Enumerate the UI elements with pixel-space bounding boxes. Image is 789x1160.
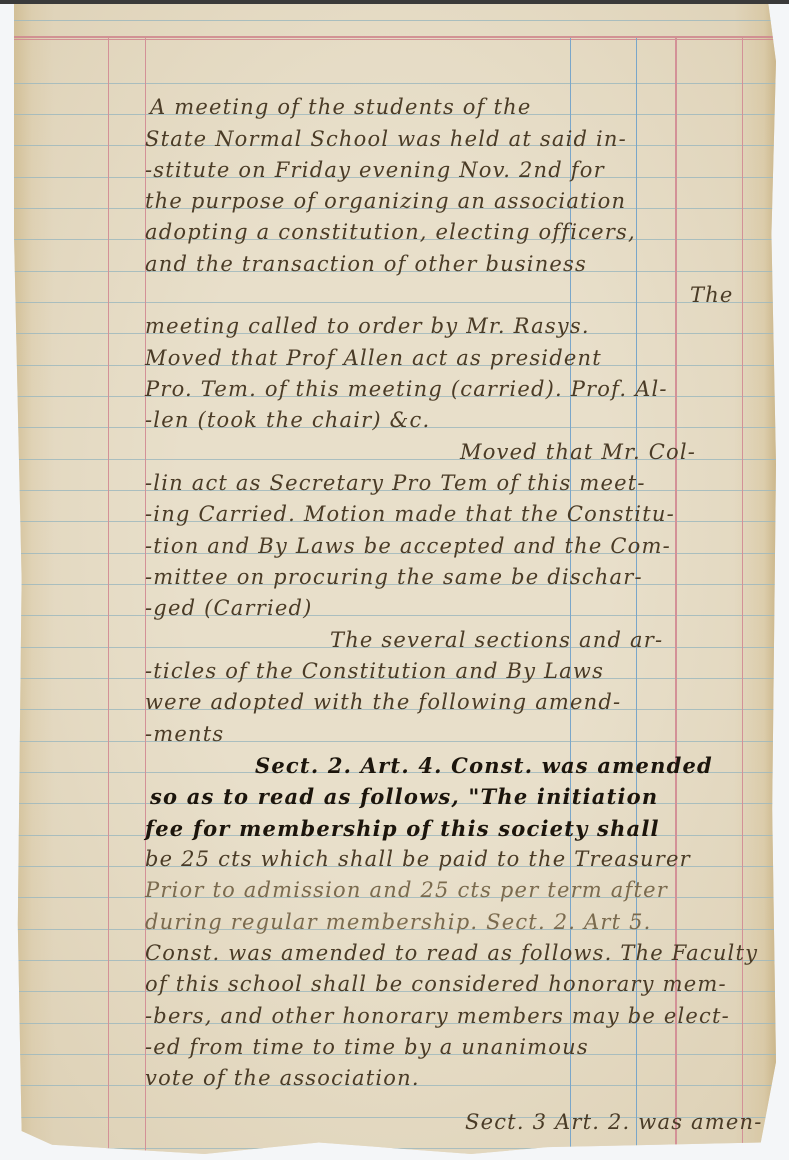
rule-line <box>14 615 776 616</box>
text-line: The several sections and ar- <box>330 628 663 652</box>
text-line: and the transaction of other business <box>145 252 587 276</box>
text-line: were adopted with the following amend- <box>145 690 621 714</box>
text-line: the purpose of organizing an association <box>145 189 626 213</box>
text-line: Prior to admission and 25 cts per term a… <box>145 878 668 902</box>
rule-line <box>14 20 776 21</box>
text-line: The <box>690 283 734 307</box>
ledger-page: A meeting of the students of theState No… <box>14 4 776 1154</box>
text-line: -ments <box>145 722 224 746</box>
text-line: -mittee on procuring the same be dischar… <box>145 565 643 589</box>
header-red-rule <box>14 36 776 38</box>
text-line: Sect. 3 Art. 2. was amen- <box>465 1110 763 1134</box>
header-red-rule <box>14 39 776 40</box>
text-line: -tion and By Laws be accepted and the Co… <box>145 534 671 558</box>
text-line: meeting called to order by Mr. Rasys. <box>145 314 590 338</box>
text-line: adopting a constitution, electing office… <box>145 220 636 244</box>
rule-line <box>14 302 776 303</box>
text-line: Const. was amended to read as follows. T… <box>145 941 758 965</box>
text-line: fee for membership of this society shall <box>145 816 660 841</box>
rule-line <box>14 741 776 742</box>
text-line: Moved that Prof Allen act as president <box>145 346 602 370</box>
text-line: Pro. Tem. of this meeting (carried). Pro… <box>145 377 668 401</box>
text-line: -stitute on Friday evening Nov. 2nd for <box>145 158 605 182</box>
text-line: Moved that Mr. Col- <box>460 440 696 464</box>
margin-red-line <box>108 38 109 1154</box>
text-line: -ing Carried. Motion made that the Const… <box>145 502 675 526</box>
text-line: -ged (Carried) <box>145 596 313 620</box>
text-line: so as to read as follows, "The initiatio… <box>150 784 658 809</box>
text-line: -ed from time to time by a unanimous <box>145 1035 589 1059</box>
text-line: A meeting of the students of the <box>150 95 531 119</box>
rule-line <box>14 83 776 84</box>
text-line: -bers, and other honorary members may be… <box>145 1004 730 1028</box>
text-line: -ticles of the Constitution and By Laws <box>145 659 604 683</box>
text-line: State Normal School was held at said in- <box>145 127 627 151</box>
rule-line <box>14 1148 776 1149</box>
top-border <box>0 0 789 4</box>
text-line: vote of the association. <box>145 1066 420 1090</box>
column-red-line <box>742 38 743 1154</box>
text-line: -lin act as Secretary Pro Tem of this me… <box>145 471 646 495</box>
text-line: during regular membership. Sect. 2. Art … <box>145 910 652 934</box>
text-line: of this school shall be considered honor… <box>145 972 727 996</box>
text-line: Sect. 2. Art. 4. Const. was amended <box>255 753 713 778</box>
text-line: be 25 cts which shall be paid to the Tre… <box>145 847 691 871</box>
text-line: -len (took the chair) &c. <box>145 408 430 432</box>
